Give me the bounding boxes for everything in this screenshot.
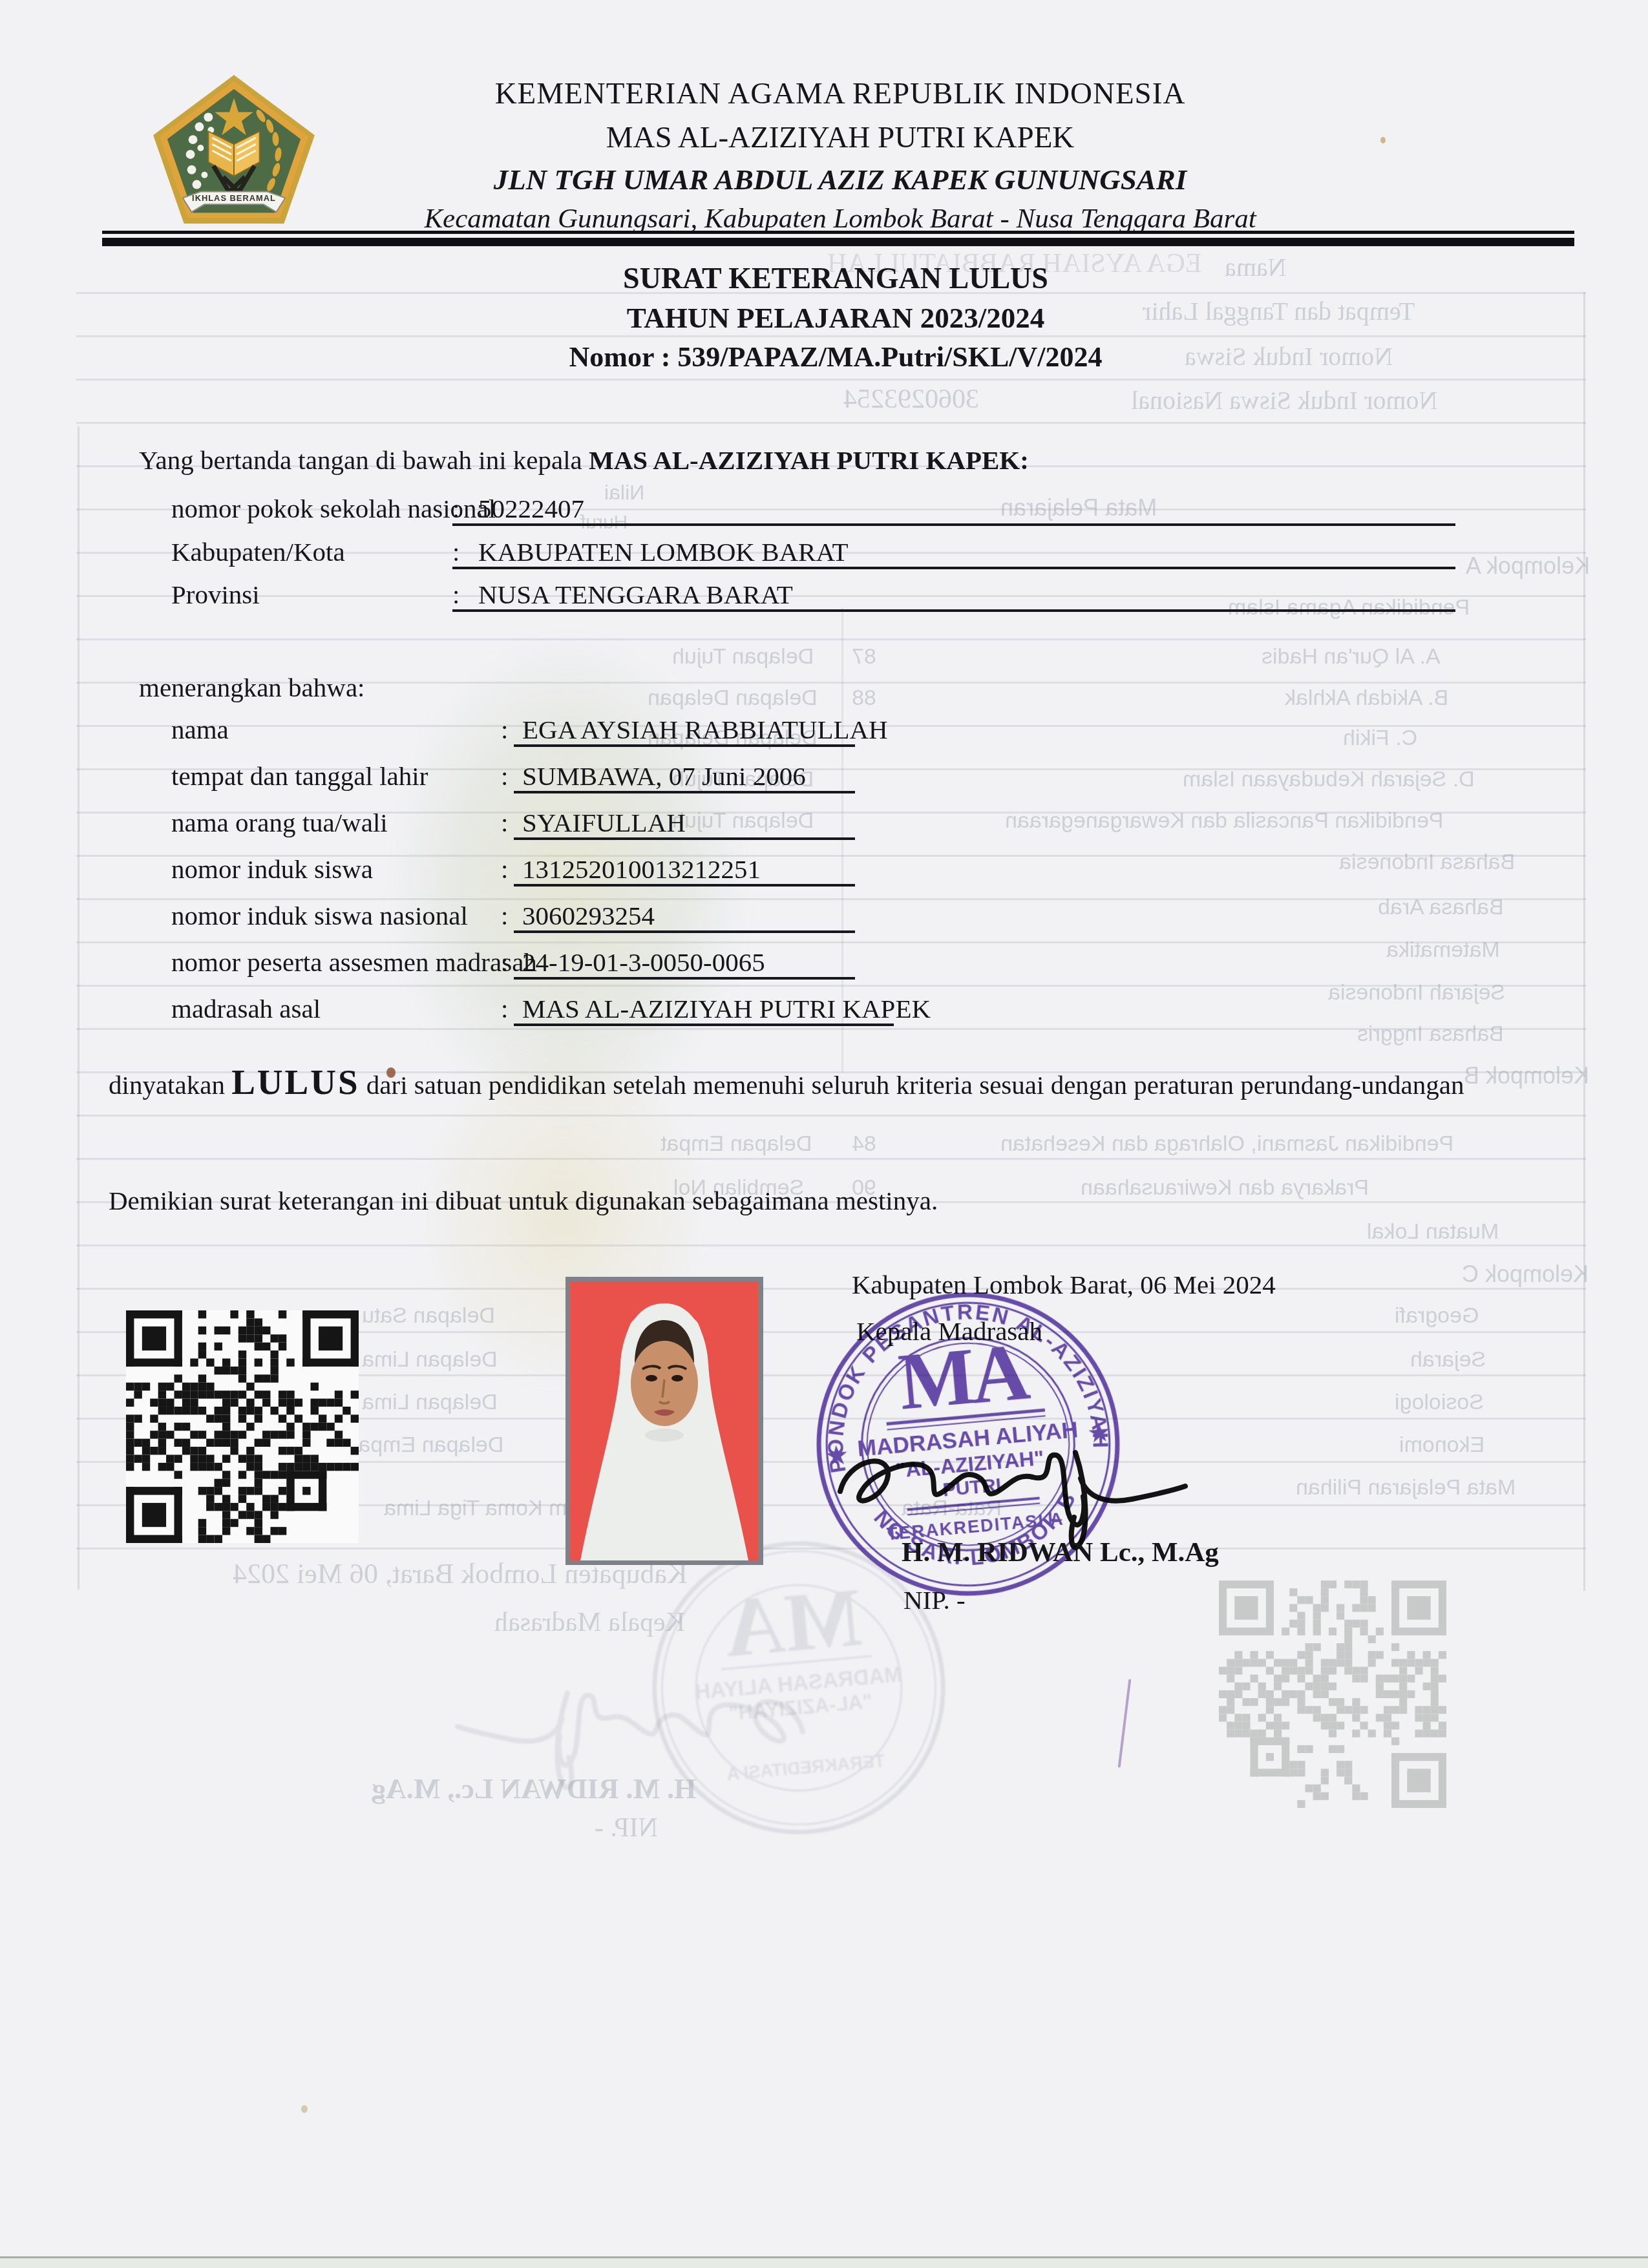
qr-code-back-bleedthrough bbox=[1219, 1580, 1446, 1808]
field-colon: : bbox=[501, 947, 508, 978]
statement-paragraph: dinyatakan LULUS dari satuan pendidikan … bbox=[109, 1061, 1558, 1106]
intro-colon: : bbox=[1020, 445, 1029, 475]
ministry-name: KEMENTERIAN AGAMA REPUBLIK INDONESIA bbox=[401, 76, 1280, 111]
field-underline bbox=[452, 609, 1455, 612]
bleedthrough-signature bbox=[452, 1654, 814, 1803]
menerangkan-line: menerangkan bahwa: bbox=[139, 672, 364, 703]
bleedthrough-text: Delapan Delapan bbox=[648, 686, 818, 710]
field-underline bbox=[514, 837, 855, 840]
statement-post: dari satuan pendidikan setelah memenuhi … bbox=[360, 1070, 1464, 1100]
field-colon: : bbox=[501, 993, 508, 1024]
intro-text: Yang bertanda tangan di bawah ini kepala bbox=[139, 445, 589, 475]
field-label: nama bbox=[171, 714, 229, 745]
bleedthrough-text: Delapan Tujuh bbox=[672, 809, 814, 833]
bleedthrough-text: Sejarah bbox=[1410, 1348, 1486, 1372]
field-value-nama: EGA AYSIAH RABBIATULLAH bbox=[522, 714, 888, 745]
field-value-kabupaten: KABUPATEN LOMBOK BARAT bbox=[478, 536, 849, 567]
logo-motto: IKHLAS BERAMAL bbox=[192, 193, 276, 203]
field-underline bbox=[452, 567, 1455, 569]
certificate-page: NamaEGA AYSIAH RABBIATULLAHTempat dan Ta… bbox=[0, 0, 1648, 2268]
bleedthrough-vline-right bbox=[1583, 292, 1585, 1591]
school-address: JLN TGH UMAR ABDUL AZIZ KAPEK GUNUNGSARI bbox=[401, 163, 1280, 196]
field-underline bbox=[514, 791, 855, 793]
bleedthrough-text: 84 bbox=[852, 1132, 876, 1156]
field-underline bbox=[514, 744, 855, 747]
bleedthrough-text: Huruf bbox=[580, 512, 628, 533]
intro-line: Yang bertanda tangan di bawah ini kepala… bbox=[139, 445, 1029, 476]
bleedthrough-text: Delapan Empat bbox=[352, 1433, 503, 1457]
field-value-ttl: SUMBAWA, 07 Juni 2006 bbox=[522, 761, 806, 792]
signer-nip: NIP. - bbox=[903, 1584, 966, 1615]
field-label: nomor pokok sekolah nasional bbox=[171, 493, 496, 524]
bleedthrough-vline-left bbox=[78, 426, 79, 1590]
bleedthrough-text: Pendidikan Agama Islam bbox=[1228, 596, 1470, 620]
bleedthrough-text: Delapan Empat bbox=[660, 1132, 812, 1156]
bleedthrough-text: Pendidikan Pancasila dan Kewarganegaraan bbox=[1005, 809, 1444, 833]
bleedthrough-text: B. Akidah Akhlak bbox=[1285, 686, 1448, 710]
field-underline bbox=[514, 1024, 894, 1026]
bleedthrough-text: Delapan Satu bbox=[362, 1304, 495, 1328]
bleedthrough-text: Muatan Lokal bbox=[1367, 1220, 1499, 1244]
lulus-emphasis: LULUS bbox=[231, 1062, 359, 1102]
paper-speck bbox=[301, 2105, 308, 2113]
school-region: Kecamatan Gunungsari, Kabupaten Lombok B… bbox=[401, 203, 1280, 235]
bleedthrough-text: Sejarah Indonesia bbox=[1328, 981, 1505, 1005]
field-label: madrasah asal bbox=[171, 993, 321, 1024]
bleedthrough-text: Delapan Tujuh bbox=[672, 645, 814, 669]
student-photo bbox=[565, 1277, 763, 1565]
bleedthrough-text: Matematika bbox=[1386, 938, 1500, 962]
intro-school-name: MAS AL-AZIZIYAH PUTRI KAPEK bbox=[589, 445, 1020, 475]
ink-scratch bbox=[1118, 1679, 1132, 1767]
field-colon: : bbox=[501, 714, 508, 745]
header-rule-thin bbox=[102, 231, 1574, 234]
bleedthrough-text: Ekonomi bbox=[1399, 1433, 1484, 1457]
bleedthrough-text: Bahasa Inggris bbox=[1357, 1022, 1504, 1046]
bleedthrough-text: 3060293254 bbox=[843, 384, 979, 414]
bleedthrough-text: Mata Pelajaran Pilihan bbox=[1296, 1476, 1516, 1500]
document-title: SURAT KETERANGAN LULUS TAHUN PELAJARAN 2… bbox=[319, 261, 1353, 373]
statement-pre: dinyatakan bbox=[109, 1070, 231, 1100]
bleedthrough-text: D. Sejarah Kebudayaan Islam bbox=[1183, 768, 1475, 792]
school-name: MAS AL-AZIZIYAH PUTRI KAPEK bbox=[401, 120, 1280, 155]
paper-speck bbox=[1380, 137, 1386, 143]
bleedthrough-text: Bahasa Indonesia bbox=[1339, 850, 1515, 874]
field-underline bbox=[514, 930, 855, 933]
field-label: nomor induk siswa bbox=[171, 854, 373, 885]
academic-year: TAHUN PELAJARAN 2023/2024 bbox=[319, 301, 1353, 335]
letterhead: KEMENTERIAN AGAMA REPUBLIK INDONESIA MAS… bbox=[401, 76, 1280, 235]
bleedthrough-text: Nilai bbox=[604, 481, 644, 504]
field-underline bbox=[514, 884, 855, 887]
bleedthrough-text: A. Al Qur'an Hadis bbox=[1262, 645, 1441, 669]
bleedthrough-text: Delapan Lima bbox=[362, 1391, 498, 1414]
closing-line: Demikian surat keterangan ini dibuat unt… bbox=[109, 1185, 938, 1216]
student-portrait bbox=[570, 1281, 759, 1560]
signer-name: H. M. RIDWAN Lc., M.Ag bbox=[902, 1537, 1219, 1568]
letter-number: Nomor : 539/PAPAZ/MA.Putri/SKL/V/2024 bbox=[319, 341, 1353, 373]
bleedthrough-text: Nomor Induk Siswa Nasional bbox=[1131, 386, 1437, 415]
bleedthrough-text: Prakarya dan Kewirausahaan bbox=[1081, 1176, 1369, 1200]
field-label: tempat dan tanggal lahir bbox=[171, 761, 428, 792]
bleedthrough-text: C. Fikih bbox=[1343, 726, 1417, 750]
bleedthrough-text: Delapan Lima bbox=[362, 1348, 498, 1372]
bleedthrough-text: Kelompok C bbox=[1462, 1261, 1589, 1287]
title-line: SURAT KETERANGAN LULUS bbox=[319, 261, 1353, 295]
header-rule-thick bbox=[102, 238, 1574, 246]
field-colon: : bbox=[501, 854, 508, 885]
bleedthrough-text: Sosiologi bbox=[1395, 1391, 1484, 1414]
field-value-nisn: 3060293254 bbox=[522, 900, 655, 931]
field-colon: : bbox=[501, 807, 508, 838]
field-colon: : bbox=[501, 900, 508, 931]
field-label: Provinsi bbox=[171, 579, 260, 610]
field-value-assesmen: 24-19-01-3-0050-0065 bbox=[522, 947, 765, 978]
field-colon: : bbox=[452, 493, 460, 524]
field-underline bbox=[514, 977, 855, 980]
eye bbox=[646, 1375, 657, 1381]
bleedthrough-text: 88 bbox=[852, 686, 876, 710]
bleedthrough-text: NIP. - bbox=[595, 1813, 658, 1843]
field-label: nomor induk siswa nasional bbox=[171, 900, 468, 931]
bleedthrough-text: 87 bbox=[852, 645, 876, 669]
qr-code bbox=[126, 1310, 359, 1543]
field-colon: : bbox=[501, 761, 508, 792]
field-underline bbox=[452, 523, 1455, 526]
field-label: nama orang tua/wali bbox=[171, 807, 388, 838]
field-value-madrasah-asal: MAS AL-AZIZIYAH PUTRI KAPEK bbox=[522, 993, 931, 1024]
bleedthrough-text: Pendidikan Jasmani, Olahraga dan Kesehat… bbox=[1000, 1132, 1453, 1156]
scanner-edge bbox=[0, 2256, 1648, 2268]
field-value-provinsi: NUSA TENGGARA BARAT bbox=[478, 579, 793, 610]
field-value-wali: SYAIFULLAH bbox=[522, 807, 686, 838]
bleedthrough-text: Bahasa Arab bbox=[1378, 896, 1504, 919]
field-label: Kabupaten/Kota bbox=[171, 536, 345, 567]
eye bbox=[671, 1375, 683, 1381]
bleedthrough-text: Kelompok A bbox=[1466, 553, 1590, 579]
field-colon: : bbox=[452, 536, 460, 567]
field-colon: : bbox=[452, 579, 460, 610]
bleedthrough-text: Mata Pelajaran bbox=[1000, 495, 1157, 521]
field-value-npsn: 50222407 bbox=[478, 493, 584, 524]
bleedthrough-text: Geografi bbox=[1395, 1304, 1479, 1328]
field-value-nis: 131252010013212251 bbox=[522, 854, 761, 885]
kemenag-logo: IKHLAS BERAMAL bbox=[150, 72, 318, 226]
field-label: nomor peserta assesmen madrasah bbox=[171, 947, 537, 978]
